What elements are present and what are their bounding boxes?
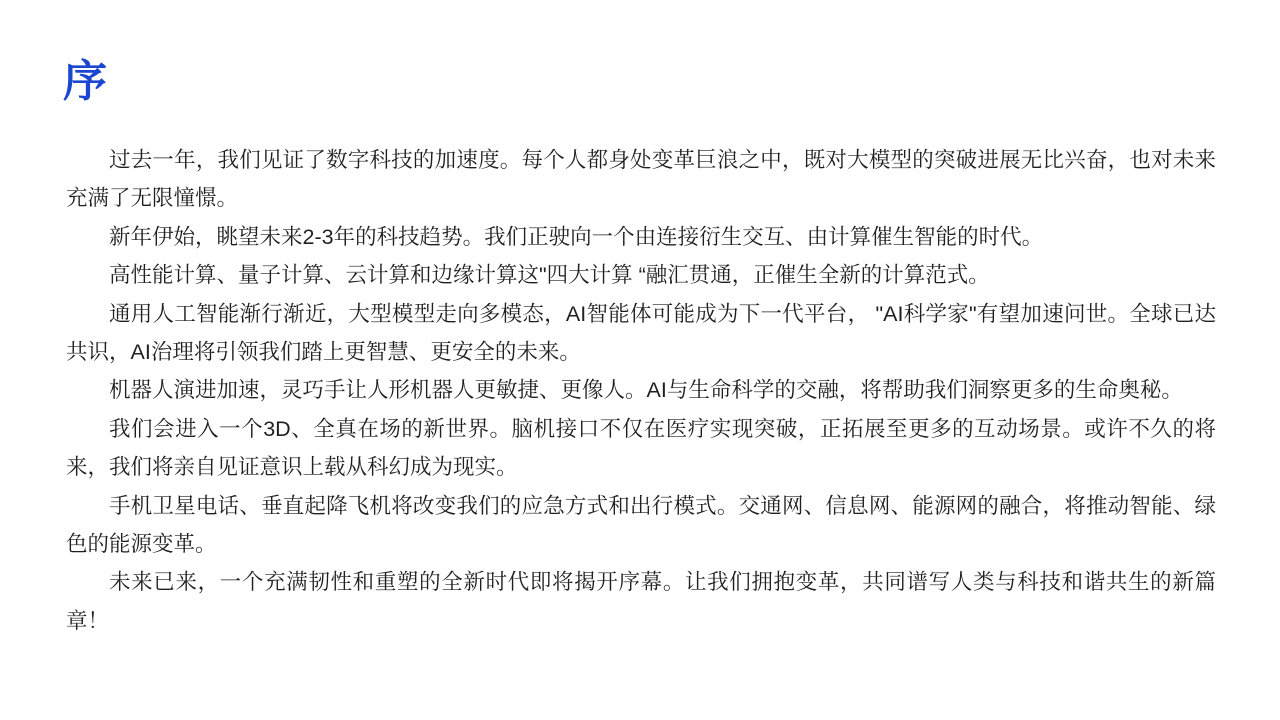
paragraph: 我们会进入一个3D、全真在场的新世界。脑机接口不仅在医疗实现突破，正拓展至更多的…	[66, 410, 1216, 487]
slide: 序 过去一年，我们见证了数字科技的加速度。每个人都身处变革巨浪之中，既对大模型的…	[0, 0, 1280, 720]
paragraph: 机器人演进加速，灵巧手让人形机器人更敏捷、更像人。AI与生命科学的交融，将帮助我…	[66, 371, 1216, 409]
paragraph: 未来已来，一个充满韧性和重塑的全新时代即将揭开序幕。让我们拥抱变革，共同谱写人类…	[66, 563, 1216, 640]
paragraph: 手机卫星电话、垂直起降飞机将改变我们的应急方式和出行模式。交通网、信息网、能源网…	[66, 487, 1216, 564]
paragraph: 新年伊始，眺望未来2-3年的科技趋势。我们正驶向一个由连接衍生交互、由计算催生智…	[66, 218, 1216, 256]
body-text-block: 过去一年，我们见证了数字科技的加速度。每个人都身处变革巨浪之中，既对大模型的突破…	[66, 141, 1216, 640]
paragraph: 高性能计算、量子计算、云计算和边缘计算这"四大计算 “融汇贯通，正催生全新的计算…	[66, 256, 1216, 294]
paragraph: 通用人工智能渐行渐近，大型模型走向多模态，AI智能体可能成为下一代平台， "AI…	[66, 295, 1216, 372]
paragraph: 过去一年，我们见证了数字科技的加速度。每个人都身处变革巨浪之中，既对大模型的突破…	[66, 141, 1216, 218]
page-title: 序	[63, 56, 108, 109]
